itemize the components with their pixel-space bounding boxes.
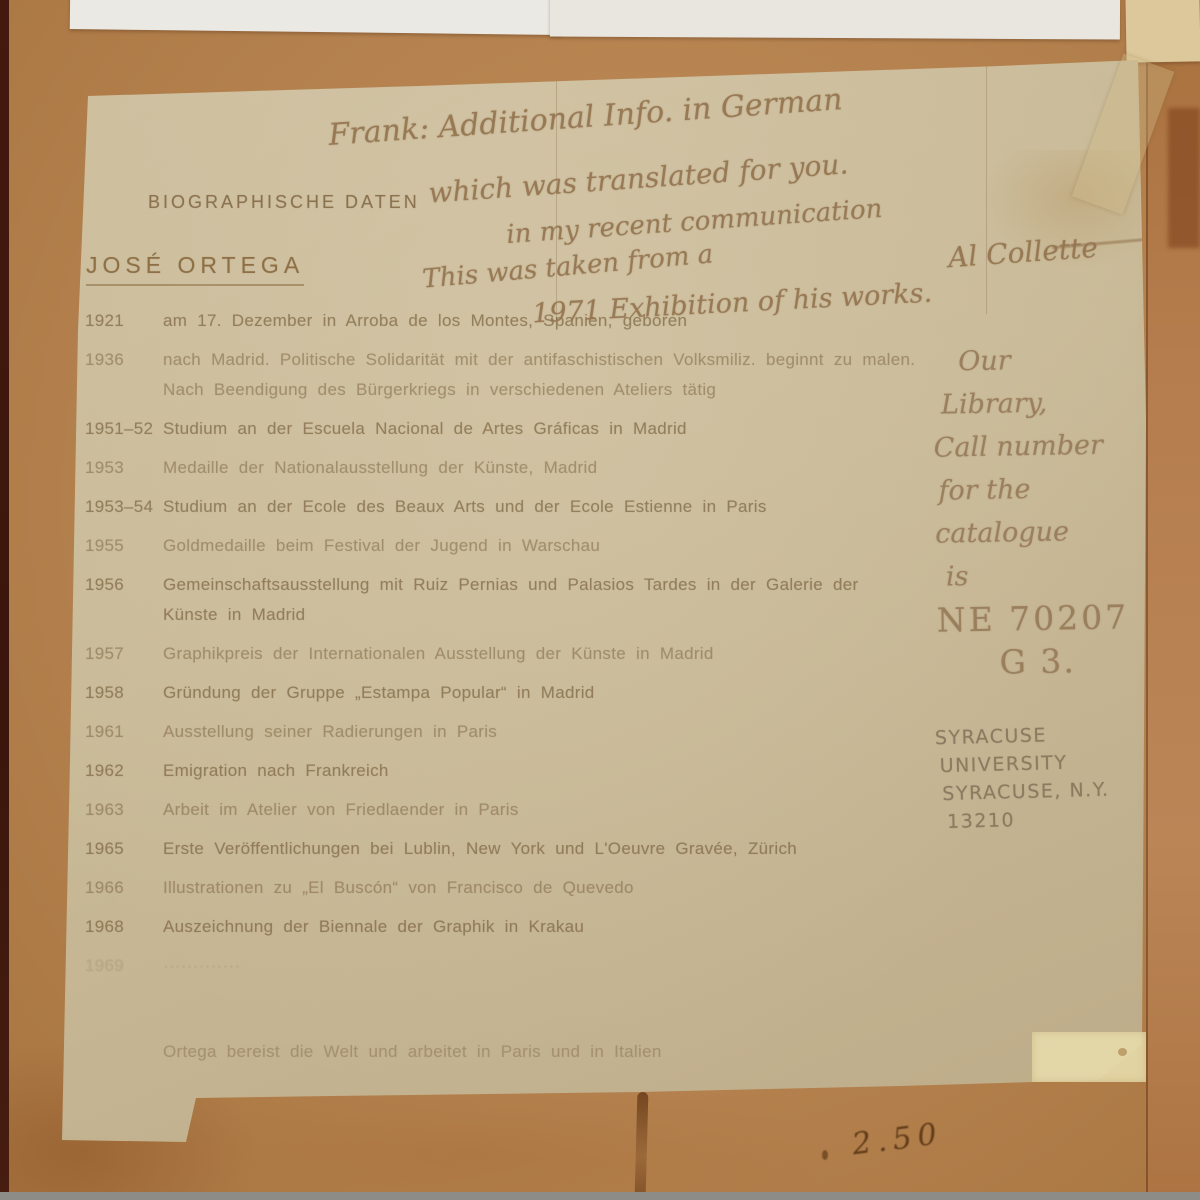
timeline-entry: 1955Goldmedaille beim Festival der Jugen… xyxy=(85,531,923,561)
tape-piece xyxy=(1125,0,1200,63)
right-board-stain xyxy=(1168,108,1200,248)
white-paper-strip xyxy=(70,0,562,35)
entry-year: 1958 xyxy=(85,678,124,708)
address-line: SYRACUSE xyxy=(935,720,1109,753)
entry-year: 1965 xyxy=(85,834,124,864)
frame-left-edge xyxy=(0,0,9,1200)
entry-text: nach Madrid. Politische Solidarität mit … xyxy=(163,350,915,399)
entry-text: Erste Veröffentlichungen bei Lublin, New… xyxy=(163,839,797,858)
entry-text: ············· xyxy=(163,956,241,975)
tape-stain xyxy=(1118,1048,1127,1056)
timeline-entry: 1966Illustrationen zu „El Buscón“ von Fr… xyxy=(85,873,923,903)
margin-note-line: for the xyxy=(938,473,1127,506)
entry-year: 1968 xyxy=(85,912,124,942)
timeline-entry: 1962Emigration nach Frankreich xyxy=(85,756,923,786)
entry-year: 1966 xyxy=(85,873,124,903)
pencil-address: SYRACUSEUNIVERSITYSYRACUSE, N.Y.13210 xyxy=(935,720,1111,836)
margin-note-line: Call number xyxy=(934,430,1127,463)
entry-year: 1962 xyxy=(85,756,124,786)
timeline-entry: 1965Erste Veröffentlichungen bei Lublin,… xyxy=(85,834,923,864)
timeline-entry: 1951–52Studium an der Escuela Nacional d… xyxy=(85,414,923,444)
entry-text: Illustrationen zu „El Buscón“ von Franci… xyxy=(163,878,634,897)
entry-text: Emigration nach Frankreich xyxy=(163,761,389,780)
entry-text: Ortega bereist die Welt und arbeitet in … xyxy=(163,1042,662,1061)
margin-note-line: NE 70207 xyxy=(937,602,1130,635)
entry-year: 1963 xyxy=(85,795,124,825)
tape-piece xyxy=(1032,1032,1146,1082)
timeline-entry: 1969············· xyxy=(85,951,923,981)
timeline-entry: 1958Gründung der Gruppe „Estampa Popular… xyxy=(85,678,923,708)
entry-year: 1953 xyxy=(85,453,124,483)
timeline-entry: 1968Auszeichnung der Biennale der Graphi… xyxy=(85,912,923,942)
entry-text: Ausstellung seiner Radierungen in Paris xyxy=(163,722,497,741)
pencil-margin-note: OurLibrary,Call numberfor thecatalogueis… xyxy=(932,344,1130,691)
margin-note-line: Our xyxy=(958,344,1125,377)
timeline-entry: 1957Graphikpreis der Internationalen Aus… xyxy=(85,639,923,669)
document-header: BIOGRAPHISCHE DATEN xyxy=(148,192,420,213)
entry-year: 1961 xyxy=(85,717,124,747)
entry-text: Goldmedaille beim Festival der Jugend in… xyxy=(163,536,600,555)
address-line: 13210 xyxy=(947,804,1111,836)
entry-year: 1957 xyxy=(85,639,124,669)
biography-timeline: 1921am 17. Dezember in Arroba de los Mon… xyxy=(85,306,923,1076)
entry-text: Gründung der Gruppe „Estampa Popular“ in… xyxy=(163,683,595,702)
timeline-entry: 1961Ausstellung seiner Radierungen in Pa… xyxy=(85,717,923,747)
entry-text: Medaille der Nationalausstellung der Kün… xyxy=(163,458,597,477)
white-paper-strip xyxy=(550,0,1120,39)
timeline-entry: 1936nach Madrid. Politische Solidarität … xyxy=(85,345,923,405)
entry-year: 1969 xyxy=(85,951,124,981)
timeline-entry: 1963Arbeit im Atelier von Friedlaender i… xyxy=(85,795,923,825)
timeline-entry: 1956Gemeinschaftsausstellung mit Ruiz Pe… xyxy=(85,570,923,630)
entry-year: 1953–54 xyxy=(85,492,153,522)
timeline-entry: Ortega bereist die Welt und arbeitet in … xyxy=(85,1037,923,1067)
address-line: SYRACUSE, N.Y. xyxy=(942,776,1110,808)
entry-text: Graphikpreis der Internationalen Ausstel… xyxy=(163,644,714,663)
entry-year: 1921 xyxy=(85,306,124,336)
entry-text: Arbeit im Atelier von Friedlaender in Pa… xyxy=(163,800,519,819)
margin-note-line: Library, xyxy=(941,387,1126,420)
address-line: UNIVERSITY xyxy=(939,748,1109,780)
document-sheet: BIOGRAPHISCHE DATEN JOSÉ ORTEGA 1921am 1… xyxy=(0,0,1200,1200)
entry-year: 1956 xyxy=(85,570,124,600)
board-stain xyxy=(120,1090,820,1200)
entry-year: 1936 xyxy=(85,345,124,375)
timeline-entry: 1953–54Studium an der Ecole des Beaux Ar… xyxy=(85,492,923,522)
artist-name: JOSÉ ORTEGA xyxy=(86,252,304,286)
handwritten-note-line: Frank: Additional Info. in German xyxy=(327,82,843,153)
margin-note-line: is xyxy=(946,559,1129,592)
margin-note-line: G 3. xyxy=(999,645,1130,677)
frame-bottom-edge xyxy=(0,1192,1200,1200)
entry-text: Studium an der Escuela Nacional de Artes… xyxy=(163,419,687,438)
handwritten-note-line: This was taken from a xyxy=(421,239,714,294)
entry-year: 1951–52 xyxy=(85,414,153,444)
entry-text: Auszeichnung der Biennale der Graphik in… xyxy=(163,917,584,936)
ink-scribble-dot xyxy=(822,1150,828,1160)
entry-text: Gemeinschaftsausstellung mit Ruiz Pernia… xyxy=(163,575,858,624)
timeline-entry: 1953Medaille der Nationalausstellung der… xyxy=(85,453,923,483)
margin-note-line: catalogue xyxy=(935,516,1128,549)
entry-year: 1955 xyxy=(85,531,124,561)
entry-text: Studium an der Ecole des Beaux Arts und … xyxy=(163,497,767,516)
